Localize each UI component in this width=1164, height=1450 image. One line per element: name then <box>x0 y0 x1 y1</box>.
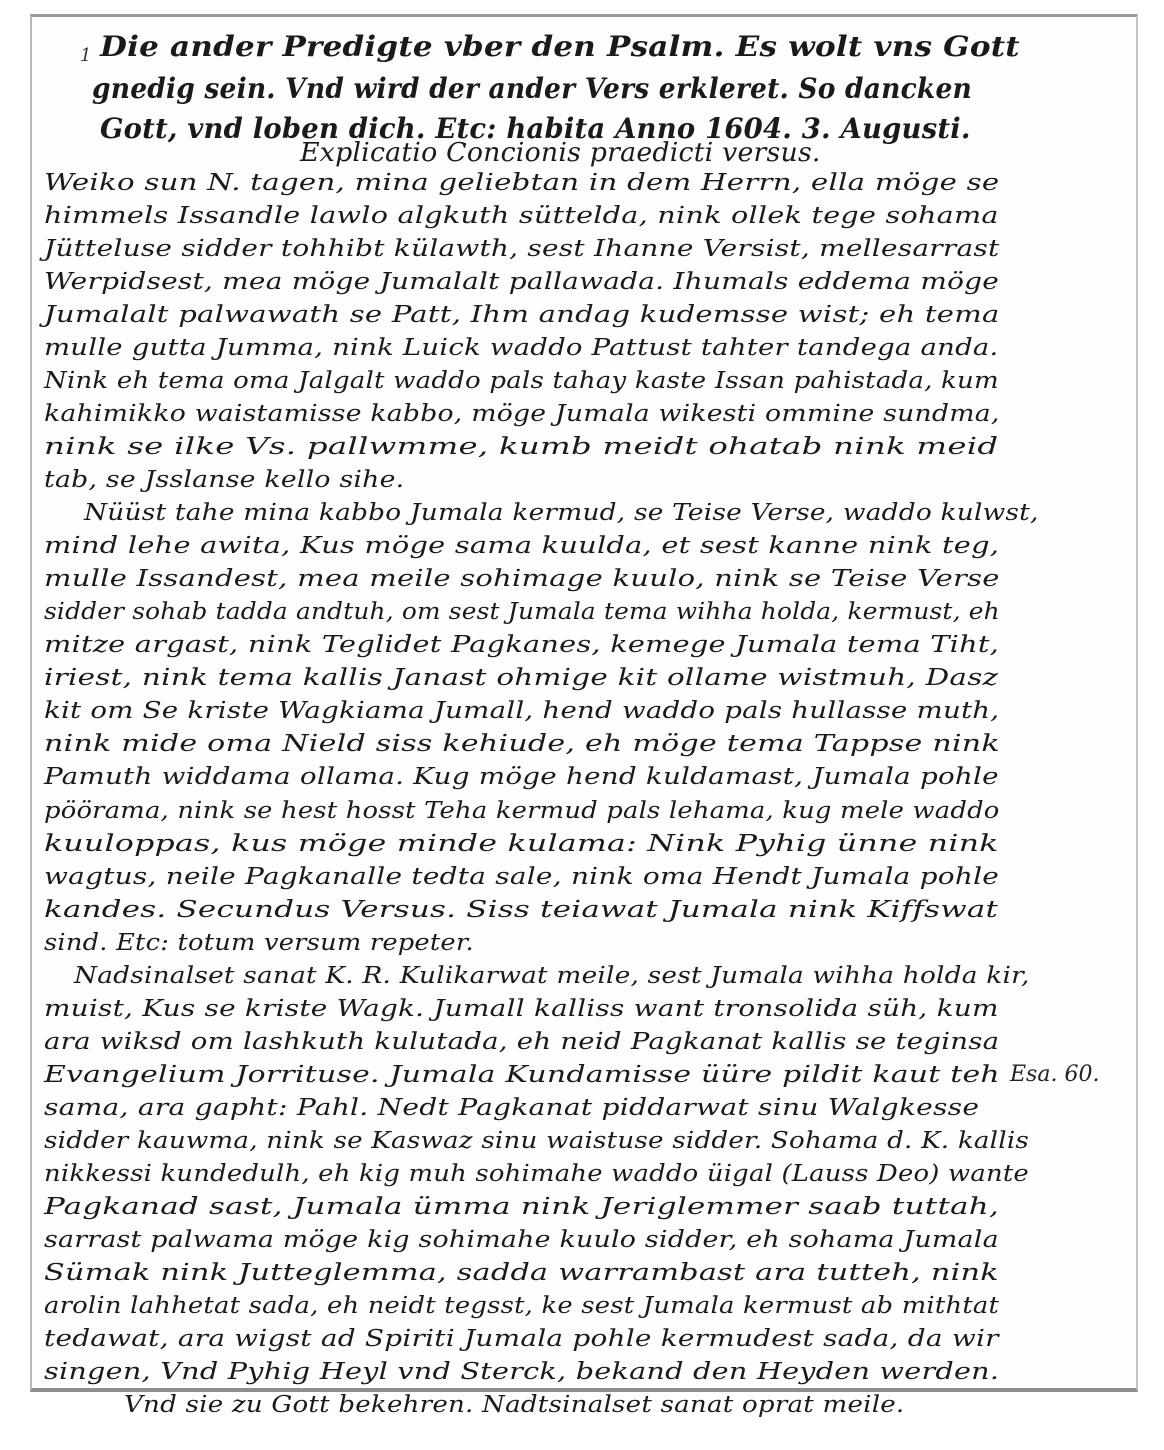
body-line: Pagkanad sast, Jumala ümma nink Jeriglem… <box>44 1194 999 1220</box>
body-line: nink se ilke Vs. pallwmme, kumb meidt oh… <box>44 434 998 460</box>
body-line: sarrast palwama möge kig sohimahe kuulo … <box>44 1227 999 1253</box>
body-line: sind. Etc: totum versum repeter. <box>44 930 474 956</box>
body-line: iriest, nink tema kallis Janast ohmige k… <box>44 665 998 691</box>
body-line: tedawat, ara wigst ad Spiriti Jumala poh… <box>44 1326 999 1352</box>
margin-note-scripture-reference: Esa. 60. <box>1010 1062 1099 1087</box>
body-line: Weiko sun N. tagen, mina geliebtan in de… <box>44 170 999 196</box>
body-line: mitze argast, nink Teglidet Pagkanes, ke… <box>44 632 999 658</box>
page-number: 1 <box>80 45 91 66</box>
body-line: Nink eh tema oma Jalgalt waddo pals taha… <box>44 368 999 394</box>
heading-line: Die ander Predigte vber den Psalm. Es wo… <box>100 30 1020 63</box>
body-line: arolin lahhetat sada, eh neidt tegsst, k… <box>44 1293 999 1319</box>
body-line: kuuloppas, kus möge minde kulama: Nink P… <box>44 831 999 857</box>
body-line: kit om Se kriste Wagkiama Jumall, hend w… <box>44 698 999 724</box>
body-line: Sümak nink Jutteglemma, sadda warrambast… <box>44 1260 999 1286</box>
body-line: Nadsinalset sanat K. R. Kulikarwat meile… <box>74 963 1030 989</box>
body-line: nink mide oma Nield siss kehiude, eh mög… <box>44 731 1000 757</box>
body-line: Jumalalt palwawath se Patt, Ihm andag ku… <box>44 302 1000 328</box>
body-line: sidder sohab tadda andtuh, om sest Jumal… <box>44 599 1000 625</box>
body-line: himmels Issandle lawlo algkuth süttelda,… <box>44 203 999 229</box>
body-line: singen, Vnd Pyhig Heyl vnd Sterck, bekan… <box>44 1359 999 1385</box>
body-line: Nüüst tahe mina kabbo Jumala kermud, se … <box>84 500 1039 526</box>
body-line: mind lehe awita, Kus möge sama kuulda, e… <box>44 533 999 559</box>
body-line: kahimikko waistamisse kabbo, möge Jumala… <box>44 401 1000 427</box>
body-line: Vnd sie zu Gott bekehren. Nadtsinalset s… <box>124 1392 904 1418</box>
body-line: ara wiksd om lashkuth kulutada, eh neid … <box>44 1029 999 1055</box>
subheading: Explicatio Concionis praedicti versus. <box>300 138 821 168</box>
body-line: pöörama, nink se hest hosst Teha kermud … <box>44 798 1000 824</box>
body-line: tab, se Jsslanse kello sihe. <box>44 467 404 493</box>
body-line: wagtus, neile Pagkanalle tedta sale, nin… <box>44 864 999 890</box>
body-line: nikkessi kundedulh, eh kig muh sohimahe … <box>44 1161 1029 1187</box>
body-line: kandes. Secundus Versus. Siss teiawat Ju… <box>44 897 998 923</box>
body-line: Pamuth widdama ollama. Kug möge hend kul… <box>44 764 999 790</box>
body-line: muist, Kus se kriste Wagk. Jumall kallis… <box>44 996 999 1022</box>
body-line: sama, ara gapht: Pahl. Nedt Pagkanat pid… <box>44 1095 979 1121</box>
body-line: Evangelium Jorrituse. Jumala Kundamisse … <box>44 1062 1000 1088</box>
body-line: mulle gutta Jumma, nink Luick waddo Patt… <box>44 335 999 361</box>
body-line: sidder kauwma, nink se Kaswaz sinu waist… <box>44 1128 1029 1154</box>
body-line: Werpidsest, mea möge Jumalalt pallawada.… <box>44 269 999 295</box>
body-line: Jütteluse sidder tohhibt külawth, sest I… <box>44 236 999 262</box>
heading-line: gnedig sein. Vnd wird der ander Vers erk… <box>92 72 972 105</box>
body-line: mulle Issandest, mea meile sohimage kuul… <box>44 566 1000 592</box>
